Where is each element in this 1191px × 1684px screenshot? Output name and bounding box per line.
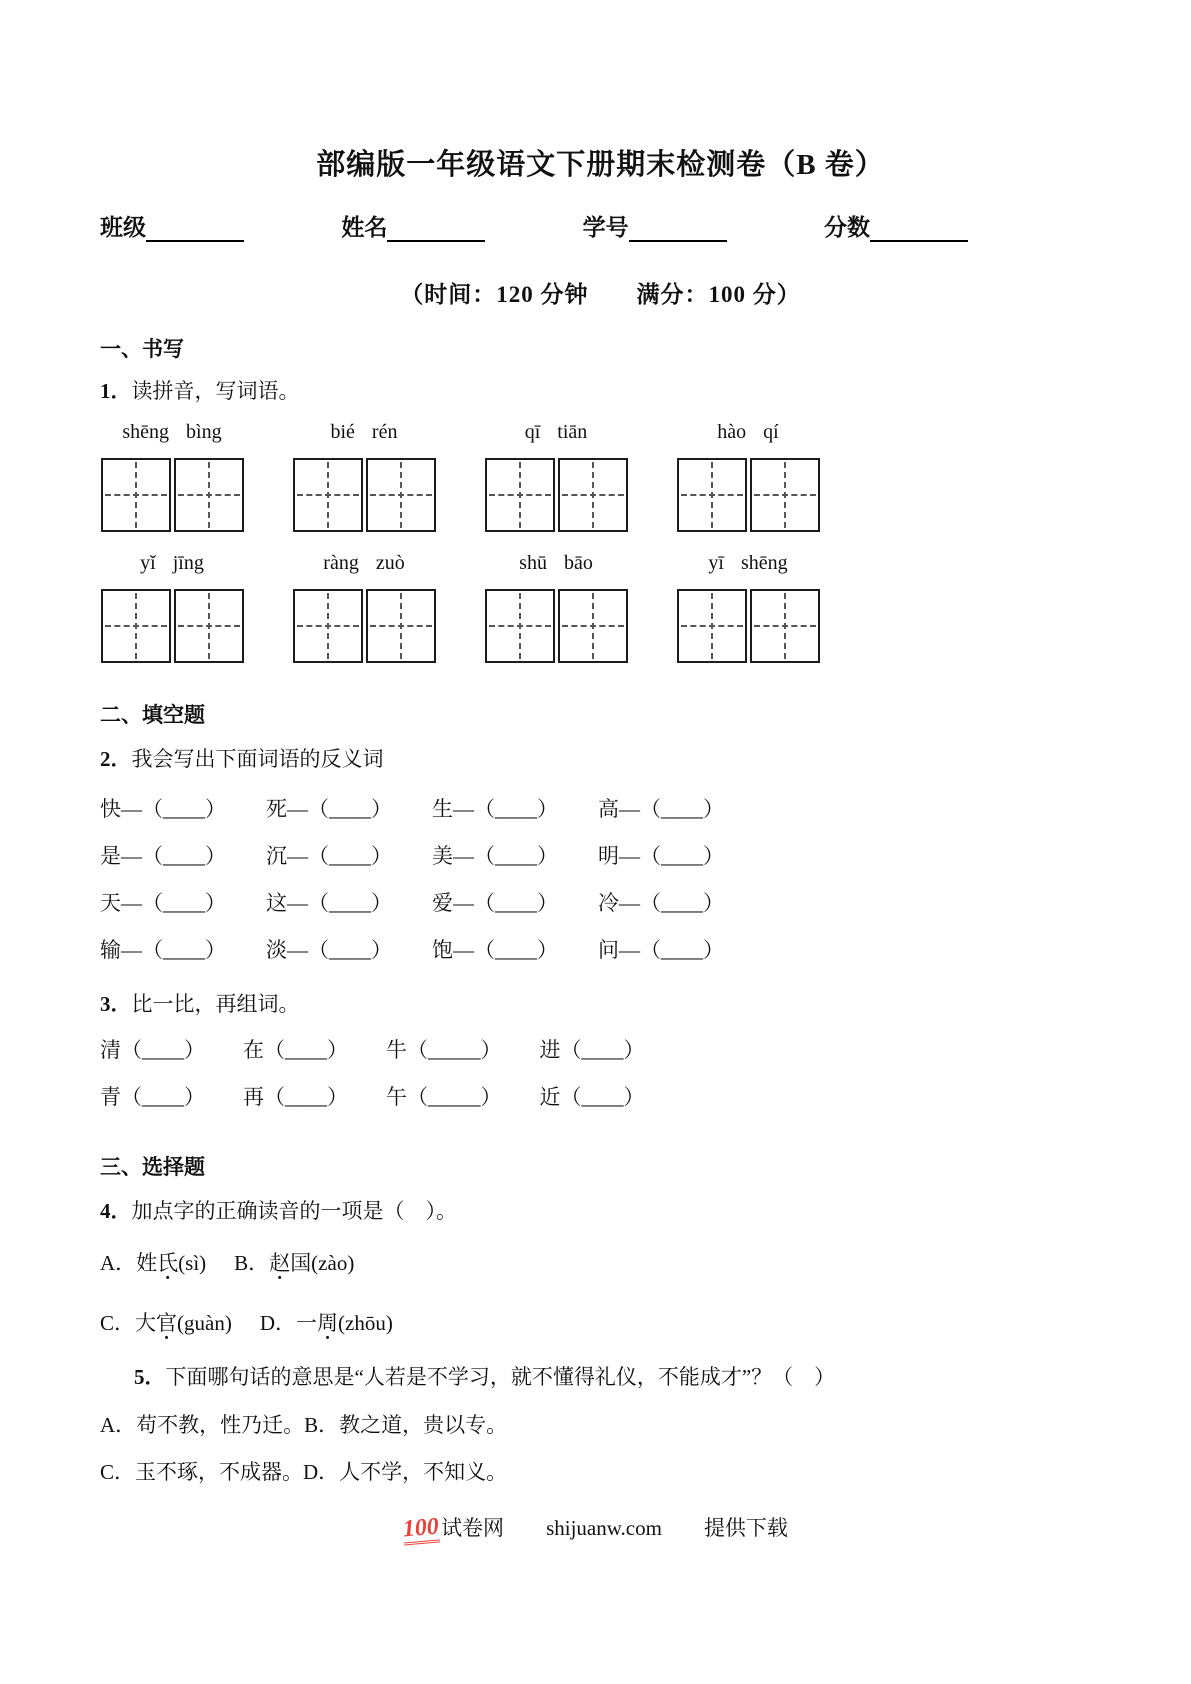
word-building-item: 清（____）	[100, 1034, 205, 1064]
antonym-item: 问—（____）	[598, 934, 724, 964]
pinyin-label: shēng bìng	[122, 421, 221, 444]
question-5: 5．下面哪句话的意思是“人若是不学习，就不懂得礼仪，不能成才”？（ ）	[100, 1361, 1101, 1391]
antonym-item: 淡—（____）	[266, 934, 392, 964]
antonym-item: 生—（____）	[432, 793, 558, 823]
word-building-item: 进（____）	[540, 1034, 645, 1064]
antonym-item: 冷—（____）	[598, 887, 724, 917]
writing-grid-box	[558, 589, 628, 663]
pinyin-writing-block: shēng bìng bié rén qī tiān	[100, 421, 820, 663]
writing-group: ràng zuò	[292, 552, 436, 663]
word-building-row: 清（____） 在（____） 牛（_____） 进（____）	[100, 1034, 1101, 1064]
exam-paper-page: 部编版一年级语文下册期末检测卷（B 卷） 班级 姓名 学号 分数 （时间：120…	[0, 0, 1191, 1684]
download-note: 提供下载	[704, 1512, 788, 1542]
writing-grid-pair	[485, 458, 628, 532]
writing-grid-box	[558, 458, 628, 532]
section-2-heading: 二、填空题	[100, 699, 1101, 729]
question-1-text: 读拼音，写词语。	[132, 379, 300, 403]
question-3: 3．比一比，再组词。	[100, 988, 1101, 1018]
writing-grid-box	[293, 458, 363, 532]
class-blank-line	[146, 218, 244, 242]
antonym-item: 天—（____）	[100, 887, 226, 917]
antonym-item: 饱—（____）	[432, 934, 558, 964]
antonym-item: 明—（____）	[598, 840, 724, 870]
name-field: 姓名	[341, 209, 485, 242]
antonym-item: 沉—（____）	[266, 840, 392, 870]
writing-grid-box	[293, 589, 363, 663]
section-1-heading: 一、书写	[100, 333, 1101, 363]
word-building-item: 牛（_____）	[386, 1034, 502, 1064]
antonym-row: 输—（____） 淡—（____） 饱—（____） 问—（____）	[100, 934, 1101, 964]
writing-grid-box	[366, 458, 436, 532]
pinyin-label: shū bāo	[519, 552, 593, 575]
writing-grid-pair	[677, 458, 820, 532]
option-pinyin: (zhōu)	[338, 1311, 393, 1335]
word-building-item: 再（____）	[243, 1081, 348, 1111]
question-5-options-ab: A．苟不教，性乃迁。 B．教之道，贵以专。	[100, 1409, 1101, 1439]
writing-group: qī tiān	[484, 421, 628, 532]
antonym-item: 美—（____）	[432, 840, 558, 870]
word-building-item: 在（____）	[243, 1034, 348, 1064]
option-pinyin: (guàn)	[177, 1311, 232, 1335]
section-3-heading: 三、选择题	[100, 1151, 1101, 1181]
student-number-field-label: 学号	[583, 209, 629, 242]
pinyin-label: yǐ jīng	[140, 552, 204, 575]
page-title: 部编版一年级语文下册期末检测卷（B 卷）	[100, 142, 1101, 183]
question-2-number: 2．	[100, 747, 132, 771]
option-b: B．教之道，贵以专。	[304, 1409, 507, 1439]
writing-grid-box	[677, 589, 747, 663]
antonym-item: 是—（____）	[100, 840, 226, 870]
name-field-label: 姓名	[341, 209, 387, 242]
score-field: 分数	[824, 209, 968, 242]
score-field-label: 分数	[824, 209, 870, 242]
antonym-item: 输—（____）	[100, 934, 226, 964]
question-3-number: 3．	[100, 992, 132, 1016]
question-4-options-ab: A．姓氏(sì) B．赵国(zào)	[100, 1247, 1101, 1277]
paper-content: 部编版一年级语文下册期末检测卷（B 卷） 班级 姓名 学号 分数 （时间：120…	[0, 142, 1191, 1486]
antonym-row: 快—（____） 死—（____） 生—（____） 高—（____）	[100, 793, 1101, 823]
writing-grid-pair	[293, 589, 436, 663]
option-label: B．	[234, 1251, 269, 1275]
question-1-number: 1．	[100, 379, 132, 403]
site-brand: 100 试卷网	[403, 1512, 504, 1544]
option-d: D．一周(zhōu)	[260, 1307, 393, 1337]
option-c: C．大官(guàn)	[100, 1307, 232, 1337]
question-4-text: 加点字的正确读音的一项是（ ）。	[132, 1199, 458, 1223]
class-field: 班级	[100, 209, 244, 242]
score-blank-line	[870, 218, 968, 242]
100-logo-icon: 100	[402, 1514, 440, 1545]
student-number-blank-line	[629, 218, 727, 242]
writing-grid-pair	[677, 589, 820, 663]
writing-grid-box	[485, 589, 555, 663]
question-4-options-cd: C．大官(guàn) D．一周(zhōu)	[100, 1307, 1101, 1337]
writing-grid-pair	[101, 589, 244, 663]
question-5-options-cd: C．玉不琢，不成器。 D．人不学，不知义。	[100, 1456, 1101, 1486]
option-b: B．赵国(zào)	[234, 1247, 354, 1277]
brand-name: 试卷网	[441, 1512, 504, 1542]
option-a: A．姓氏(sì)	[100, 1247, 206, 1277]
pinyin-label: qī tiān	[525, 421, 588, 444]
question-1: 1．读拼音，写词语。	[100, 375, 1101, 405]
writing-grid-box	[174, 458, 244, 532]
option-c: C．玉不琢，不成器。	[100, 1456, 303, 1486]
option-a: A．苟不教，性乃迁。	[100, 1409, 304, 1439]
writing-group: yī shēng	[676, 552, 820, 663]
pinyin-label: hào qí	[717, 421, 778, 444]
option-text: 姓	[136, 1251, 157, 1275]
antonym-item: 这—（____）	[266, 887, 392, 917]
writing-group: shēng bìng	[100, 421, 244, 532]
dotted-character: 赵	[269, 1247, 290, 1277]
writing-grid-pair	[485, 589, 628, 663]
dotted-character: 周	[317, 1307, 338, 1337]
writing-group: hào qí	[676, 421, 820, 532]
pinyin-label: ràng zuò	[323, 552, 404, 575]
option-text: 大	[135, 1311, 156, 1335]
option-d: D．人不学，不知义。	[303, 1456, 507, 1486]
student-number-field: 学号	[583, 209, 727, 242]
word-building-item: 午（_____）	[386, 1081, 502, 1111]
antonym-row: 天—（____） 这—（____） 爱—（____） 冷—（____）	[100, 887, 1101, 917]
writing-grid-box	[174, 589, 244, 663]
question-4: 4．加点字的正确读音的一项是（ ）。	[100, 1195, 1101, 1225]
writing-group: bié rén	[292, 421, 436, 532]
class-field-label: 班级	[100, 209, 146, 242]
dotted-character: 氏	[157, 1247, 178, 1277]
option-text: 一	[296, 1311, 317, 1335]
option-pinyin: (sì)	[178, 1251, 206, 1275]
site-domain: shijuanw.com	[546, 1516, 662, 1541]
writing-grid-box	[366, 589, 436, 663]
antonym-row: 是—（____） 沉—（____） 美—（____） 明—（____）	[100, 840, 1101, 870]
dotted-character: 官	[156, 1307, 177, 1337]
writing-grid-box	[101, 458, 171, 532]
pinyin-label: bié rén	[331, 421, 398, 444]
word-building-item: 青（____）	[100, 1081, 205, 1111]
writing-grid-pair	[101, 458, 244, 532]
writing-group: yǐ jīng	[100, 552, 244, 663]
option-label: D．	[260, 1311, 296, 1335]
writing-row-2: yǐ jīng ràng zuò shū bāo	[100, 552, 820, 663]
question-4-number: 4．	[100, 1199, 132, 1223]
antonym-item: 死—（____）	[266, 793, 392, 823]
question-3-text: 比一比，再组词。	[132, 992, 300, 1016]
footer: 100 试卷网 shijuanw.com 提供下载	[0, 1512, 1191, 1544]
writing-grid-box	[101, 589, 171, 663]
question-2: 2．我会写出下面词语的反义词	[100, 743, 1101, 773]
writing-grid-pair	[293, 458, 436, 532]
antonym-item: 爱—（____）	[432, 887, 558, 917]
writing-group: shū bāo	[484, 552, 628, 663]
word-building-item: 近（____）	[540, 1081, 645, 1111]
option-pinyin: 国(zào)	[290, 1251, 354, 1275]
writing-grid-box	[750, 589, 820, 663]
pinyin-label: yī shēng	[708, 552, 787, 575]
option-label: C．	[100, 1311, 135, 1335]
writing-grid-box	[677, 458, 747, 532]
writing-grid-box	[485, 458, 555, 532]
question-2-text: 我会写出下面词语的反义词	[132, 747, 384, 771]
antonym-item: 快—（____）	[100, 793, 226, 823]
student-info-row: 班级 姓名 学号 分数	[100, 209, 968, 242]
name-blank-line	[387, 218, 485, 242]
antonym-item: 高—（____）	[598, 793, 724, 823]
writing-grid-box	[750, 458, 820, 532]
question-5-number: 5．	[134, 1365, 166, 1389]
question-5-text: 下面哪句话的意思是“人若是不学习，就不懂得礼仪，不能成才”？（ ）	[166, 1365, 836, 1389]
writing-row-1: shēng bìng bié rén qī tiān	[100, 421, 820, 532]
option-label: A．	[100, 1251, 136, 1275]
exam-info-line: （时间：120 分钟 满分：100 分）	[100, 276, 1101, 309]
word-building-row: 青（____） 再（____） 午（_____） 近（____）	[100, 1081, 1101, 1111]
